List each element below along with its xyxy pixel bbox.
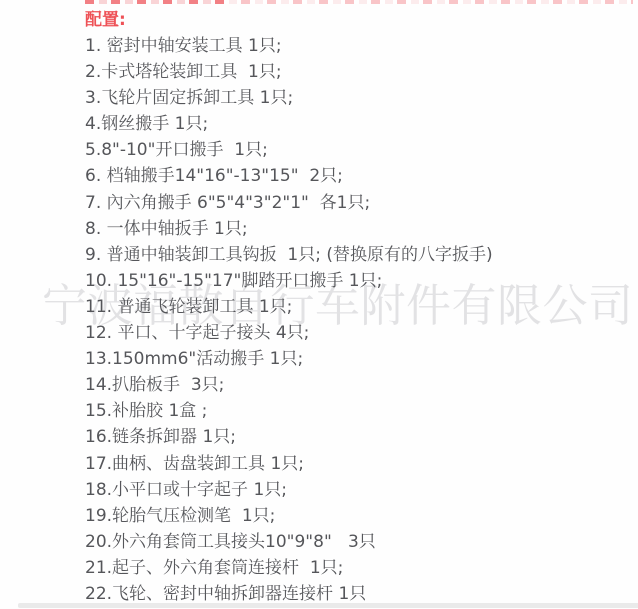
list-item: 8. 一体中轴扳手 1只; [85, 216, 493, 242]
list-item: 13.150mm6"活动搬手 1只; [85, 346, 493, 372]
config-heading: 配置: [85, 8, 493, 33]
list-item: 15.补胎胶 1盒 ; [85, 398, 493, 424]
list-item: 17.曲柄、齿盘装卸工具 1只; [85, 451, 493, 477]
list-item: 5.8"-10"开口搬手 1只; [85, 137, 493, 163]
list-item: 9. 普通中轴装卸工具钩扳 1只; (替换原有的八字扳手) [85, 242, 493, 268]
cropped-red-text-line [85, 0, 633, 4]
list-item: 20.外六角套筒工具接头10"9"8" 3只 [85, 529, 493, 555]
list-item: 3.飞轮片固定拆卸工具 1只; [85, 85, 493, 111]
list-item: 14.扒胎板手 3只; [85, 372, 493, 398]
list-item: 4.钢丝搬手 1只; [85, 111, 493, 137]
list-item: 12. 平口、十字起子接头 4只; [85, 320, 493, 346]
list-item: 10. 15"16"-15"17"脚踏开口搬手 1只; [85, 268, 493, 294]
list-item: 11. 普通飞轮装卸工具 1只; [85, 294, 493, 320]
list-item: 18.小平口或十字起子 1只; [85, 477, 493, 503]
list-item: 6. 档轴搬手14"16"-13"15" 2只; [85, 163, 493, 189]
list-item: 16.链条拆卸器 1只; [85, 424, 493, 450]
list-item: 2.卡式塔轮装卸工具 1只; [85, 59, 493, 85]
list-item: 21.起子、外六角套筒连接杆 1只; [85, 555, 493, 581]
cropped-bottom-edge [18, 603, 638, 608]
list-item: 1. 密封中轴安装工具 1只; [85, 33, 493, 59]
list-item: 19.轮胎气压检测笔 1只; [85, 503, 493, 529]
configuration-text-block: 配置: 1. 密封中轴安装工具 1只; 2.卡式塔轮装卸工具 1只; 3.飞轮片… [85, 8, 493, 607]
list-item: 7. 內六角搬手 6"5"4"3"2"1" 各1只; [85, 190, 493, 216]
